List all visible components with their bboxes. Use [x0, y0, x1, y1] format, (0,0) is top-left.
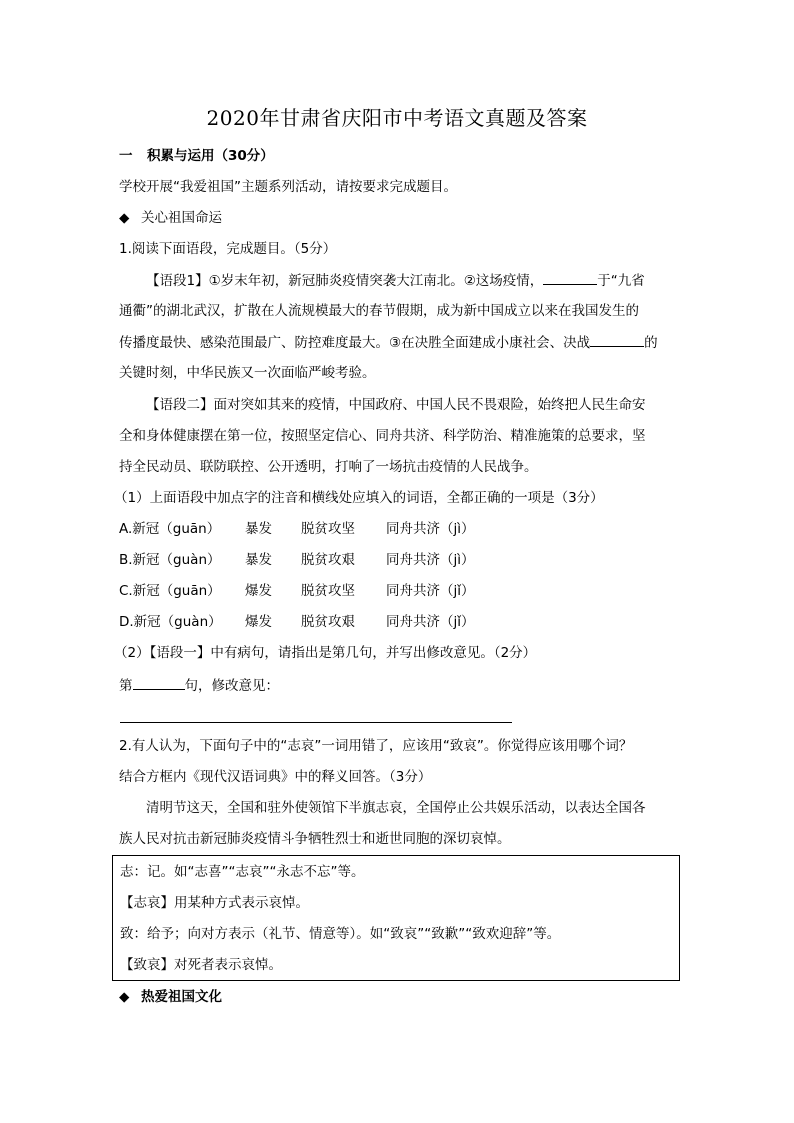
passage-2-line-1: 【语段二】面对突如其来的疫情，中国政府、中国人民不畏艰险，始终把人民生命安: [146, 395, 646, 415]
fill-blank: [543, 270, 597, 285]
diamond-bullet-icon: ◆: [119, 208, 141, 228]
option-word: 脱贫攻坚: [301, 581, 355, 601]
option-word: 脱贫攻艰: [301, 612, 355, 632]
sub-question-2-answer: 第句，修改意见：: [119, 675, 279, 696]
intro-text: 学校开展“我爱祖国”主题系列活动，请按要求完成题目。: [119, 177, 457, 197]
passage-1-line-2: 通衢”的湖北武汉，扩散在人流规模最大的春节假期，成为新中国成立以来在我国发生的: [119, 301, 639, 321]
passage-1-line-3: 传播度最快、感染范围最广、防控难度最大。③在决胜全面建成小康社会、决战的: [119, 332, 658, 353]
passage-1-line-1: 【语段1】①岁末年初，新冠肺炎疫情突袭大江南北。②这场疫情，于“九省: [146, 270, 645, 291]
answer-line[interactable]: [120, 722, 512, 723]
section-heading-text: 积累与运用（30分）: [147, 148, 274, 164]
passage-2-line-3: 持全民动员、联防联控、公开透明，打响了一场抗击疫情的人民战争。: [119, 457, 538, 477]
diamond-bullet-icon: ◆: [119, 987, 141, 1007]
document-page: 2020年甘肃省庆阳市中考语文真题及答案 一积累与运用（30分） 学校开展“我爱…: [0, 0, 794, 1123]
option-word: 暴发: [245, 519, 272, 539]
passage-text: 的: [644, 335, 658, 351]
option-word: 同舟共济（jì）: [386, 519, 475, 539]
passage-text: 于“九省: [597, 273, 645, 289]
option-word: 爆发: [245, 581, 272, 601]
section-heading: 一积累与运用（30分）: [119, 146, 274, 166]
option-word: 同舟共济（jǐ）: [386, 612, 475, 632]
answer-suffix: 句，修改意见：: [185, 678, 280, 694]
question-2-passage-line-1: 清明节这天，全国和驻外使领馆下半旗志哀，全国停止公共娱乐活动，以表达全国各: [146, 798, 646, 818]
definition-line: 志：记。如“志喜”“志哀”“永志不忘”等。: [120, 862, 364, 882]
option-word: 爆发: [245, 612, 272, 632]
passage-1-line-4: 关键时刻，中华民族又一次面临严峻考验。: [119, 363, 376, 383]
passage-text: 【语段1】①岁末年初，新冠肺炎疫情突袭大江南北。②这场疫情，: [146, 273, 543, 289]
dictionary-definition-box: 志：记。如“志喜”“志哀”“永志不忘”等。 【志哀】用某种方式表示哀悼。 致：给…: [112, 855, 680, 981]
fill-blank: [590, 332, 644, 347]
option-word: 同舟共济（jǐ）: [386, 581, 475, 601]
section-number: 一: [119, 146, 147, 166]
option-label: D.新冠（guàn）: [119, 612, 222, 632]
definition-line: 【志哀】用某种方式表示哀悼。: [120, 893, 309, 913]
passage-text: 传播度最快、感染范围最广、防控难度最大。③在决胜全面建成小康社会、决战: [119, 335, 590, 351]
subsection-label: 热爱祖国文化: [141, 989, 222, 1005]
option-word: 脱贫攻坚: [301, 519, 355, 539]
document-title: 2020年甘肃省庆阳市中考语文真题及答案: [0, 104, 794, 132]
answer-prefix: 第: [119, 678, 133, 694]
subsection-label: 关心祖国命运: [141, 210, 222, 226]
question-2-stem-line-1: 2.有人认为，下面句子中的“志哀”一词用错了，应该用“致哀”。你觉得应该用哪个词…: [119, 736, 632, 756]
subsection-heading-1: ◆关心祖国命运: [119, 208, 222, 228]
option-word: 同舟共济（jì）: [386, 550, 475, 570]
definition-line: 致：给予；向对方表示（礼节、情意等）。如“致哀”“致歉”“致欢迎辞”等。: [120, 924, 560, 944]
definition-line: 【致哀】对死者表示哀悼。: [120, 955, 282, 975]
option-word: 脱贫攻艰: [301, 550, 355, 570]
option-word: 暴发: [245, 550, 272, 570]
option-label: B.新冠（guàn）: [119, 550, 221, 570]
option-label: C.新冠（guān）: [119, 581, 221, 601]
sub-question-2-stem: （2）【语段一】中有病句，请指出是第几句，并写出修改意见。（2分）: [114, 643, 536, 663]
sub-question-1-stem: （1）上面语段中加点字的注音和横线处应填入的词语，全都正确的一项是（3分）: [114, 488, 604, 508]
passage-2-line-2: 全和身体健康摆在第一位，按照坚定信心、同舟共济、科学防治、精准施策的总要求，坚: [119, 426, 646, 446]
answer-blank[interactable]: [133, 675, 185, 690]
question-2-passage-line-2: 族人民对抗击新冠肺炎疫情斗争牺牲烈士和逝世同胞的深切哀悼。: [119, 829, 511, 849]
subsection-heading-2: ◆热爱祖国文化: [119, 987, 222, 1007]
option-label: A.新冠（guān）: [119, 519, 220, 539]
question-2-stem-line-2: 结合方框内《现代汉语词典》中的释义回答。（3分）: [119, 767, 431, 787]
question-1-stem: 1.阅读下面语段，完成题目。（5分）: [119, 239, 336, 259]
